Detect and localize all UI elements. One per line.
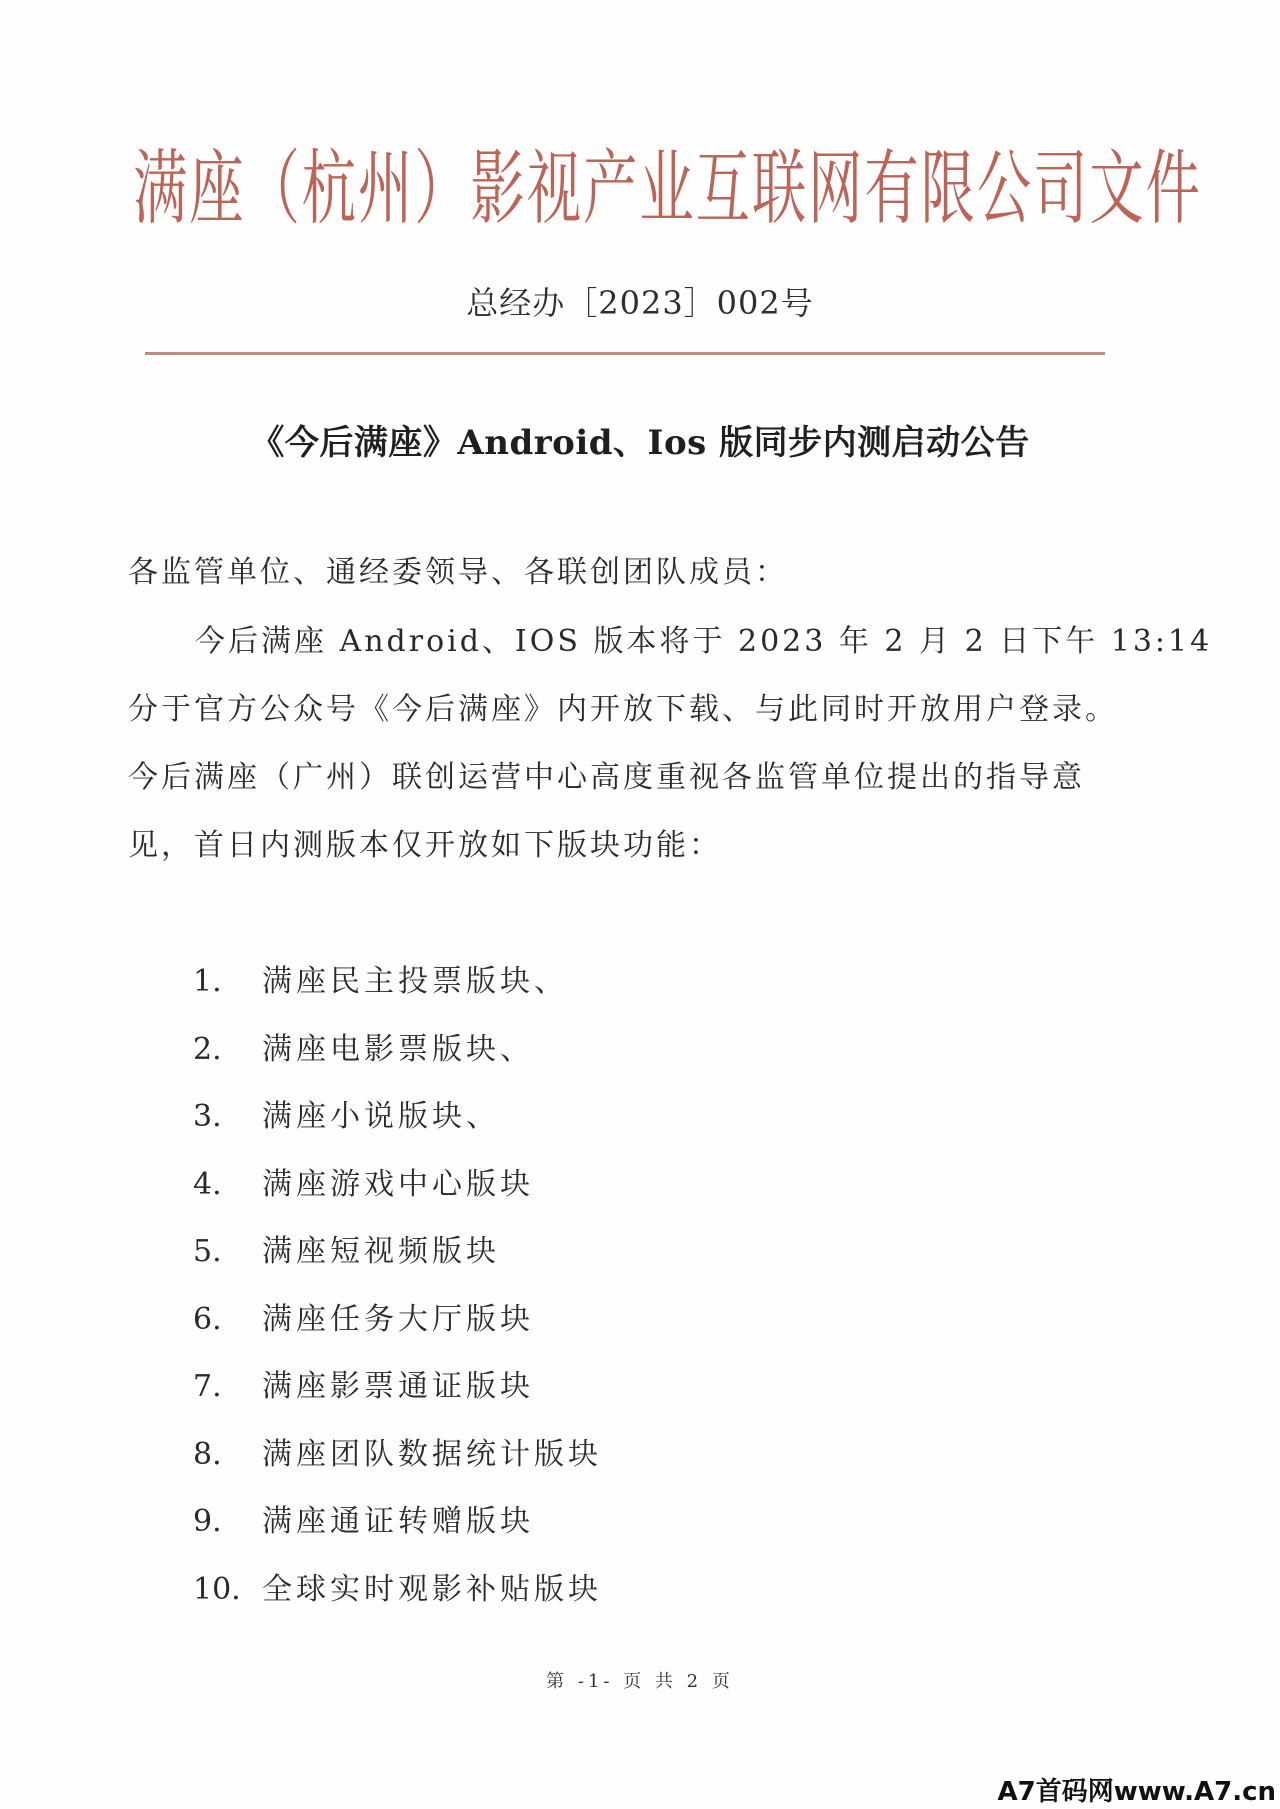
list-item-number: 3. [193, 1097, 222, 1137]
letterhead-title: 满座（杭州）影视产业互联网有限公司文件 [133, 150, 1088, 295]
letterhead-text: 满座（杭州）影视产业互联网有限公司文件 [133, 118, 1202, 263]
list-item-number: 4. [193, 1165, 222, 1205]
list-item-number: 1. [193, 962, 222, 1002]
list-item-number: 6. [193, 1300, 222, 1340]
paragraph-line: 见，首日内测版本仅开放如下版块功能： [128, 826, 722, 866]
list-item-number: 9. [193, 1502, 222, 1542]
list-item: 满座民主投票版块、 [262, 962, 568, 1002]
list-item: 满座电影票版块、 [262, 1030, 534, 1070]
list-item: 全球实时观影补贴版块 [262, 1570, 602, 1610]
list-item-number: 2. [193, 1030, 222, 1070]
paragraph-line: 分于官方公众号《今后满座》内开放下载、与此同时开放用户登录。 [128, 690, 1118, 730]
red-divider [145, 352, 1105, 355]
list-item: 满座影票通证版块 [262, 1367, 534, 1407]
page-footer: 第 -1- 页 共 2 页 [0, 1667, 1280, 1697]
list-item: 满座短视频版块 [262, 1232, 500, 1272]
list-item: 满座任务大厅版块 [262, 1300, 534, 1340]
paragraph-line: 今后满座 Android、IOS 版本将于 2023 年 2 月 2 日下午 1… [195, 622, 1212, 662]
list-item-number: 7. [193, 1367, 222, 1407]
site-watermark: A7首码网www.A7.cn [998, 1775, 1277, 1809]
list-item: 满座团队数据统计版块 [262, 1435, 602, 1475]
document-number: 总经办［2023］002号 [0, 283, 1280, 323]
list-item: 满座小说版块、 [262, 1097, 500, 1137]
list-item-number: 8. [193, 1435, 222, 1475]
salutation: 各监管单位、通经委领导、各联创团队成员： [128, 553, 788, 593]
list-item-number: 10. [193, 1570, 241, 1610]
paragraph-line: 今后满座（广州）联创运营中心高度重视各监管单位提出的指导意 [128, 758, 1085, 798]
list-item-number: 5. [193, 1232, 222, 1272]
list-item: 满座游戏中心版块 [262, 1165, 534, 1205]
notice-title: 《今后满座》Android、Ios 版同步内测启动公告 [0, 418, 1280, 468]
list-item: 满座通证转赠版块 [262, 1502, 534, 1542]
